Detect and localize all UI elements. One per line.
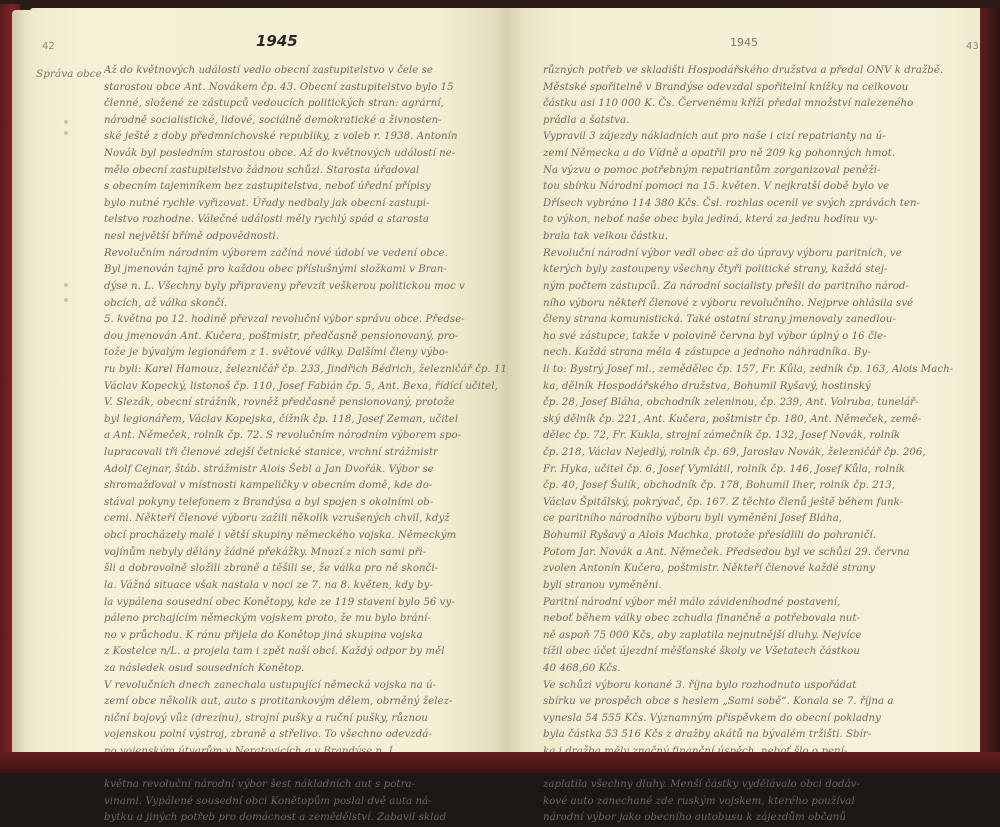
text-line: ně aspoň 75 000 Kčs, aby zaplatila nejnu… <box>543 628 953 645</box>
text-line: shromažďoval v místnosti kampeličky v ob… <box>104 478 510 495</box>
text-line: národně socialistické, lidové, sociálně … <box>104 113 510 130</box>
text-line: telstvo rozhodne. Válečné události měly … <box>104 212 510 229</box>
text-line: vynesla 54 555 Kčs. Významným příspěvkem… <box>543 711 953 728</box>
year-heading-right: 1945 <box>730 36 758 49</box>
text-line: byli stranou vyměněni. <box>543 578 953 595</box>
text-line: šli a dobrovolně složili zbraně a těšili… <box>104 561 510 578</box>
text-line: li to: Bystrý Josef ml., zemědělec čp. 1… <box>543 362 953 379</box>
text-line: členy strana komunistická. Také ostatní … <box>543 312 953 329</box>
text-line: zemí obce několik aut, auto s protitanko… <box>104 694 510 711</box>
book-cover-right-edge <box>980 8 1000 758</box>
text-line: sbírku ve prospěch obce s heslem „Sami s… <box>543 694 953 711</box>
text-line: Dřísech vybráno 114 380 Kčs. Čsl. rozhla… <box>543 196 953 213</box>
text-line: ným počtem zástupců. Za národní socialis… <box>543 279 953 296</box>
text-line: dýse n. L. Všechny byly připraveny převz… <box>104 279 510 296</box>
book-cover-bottom-edge <box>0 752 1000 773</box>
text-line: čp. 218, Václav Nejedlý, rolník čp. 69, … <box>543 445 953 462</box>
text-line: s obecním tajemníkem bez zastupitelstva,… <box>104 179 510 196</box>
text-line: Adolf Cejnar, štáb. strážmistr Alois Šeb… <box>104 462 510 479</box>
text-line: ce paritního národního výboru byli vyměn… <box>543 511 953 528</box>
text-line: Až do květnových událostí vedlo obecní z… <box>104 63 510 80</box>
text-line: kterých byly zastoupeny všechny čtyři po… <box>543 262 953 279</box>
text-line: Byl jmenován tajně pro každou obec přísl… <box>104 262 510 279</box>
binding-hole <box>64 283 68 287</box>
margin-note: Správa obce <box>36 68 102 80</box>
binding-hole <box>64 120 68 124</box>
text-line: tížil obec účet újezdní měšťanské školy … <box>543 644 953 661</box>
left-page-handwritten-text: Až do květnových událostí vedlo obecní z… <box>104 63 510 773</box>
text-line: no v průchodu. K ránu přijela do Konětop… <box>104 628 510 645</box>
text-line: Potom Jar. Novák a Ant. Němeček. Předsed… <box>543 545 953 562</box>
text-line: Novák byl posledním starostou obce. Až d… <box>104 146 510 163</box>
text-line: Václav Špitálský, pokrývač, čp. 167. Z t… <box>543 495 953 512</box>
text-line: Ve schůzi výboru konané 3. října bylo ro… <box>543 678 953 695</box>
text-line: to výkon, neboť naše obec byla jediná, k… <box>543 212 953 229</box>
text-line: tože je bývalým legionářem z 1. světové … <box>104 345 510 362</box>
text-line: bylo nutné rychle vyřizovat. Úřady nedba… <box>104 196 510 213</box>
book-spread: 42 1945 Správa obce Až do květnových udá… <box>0 0 1000 773</box>
text-line: vojenskou polní výstroj, zbraně a střeli… <box>104 727 510 744</box>
text-line: Revolučním národním výborem začíná nové … <box>104 246 510 263</box>
text-line: členné, složené ze zástupců vedoucích po… <box>104 96 510 113</box>
text-line: Revoluční národní výbor vedl obec až do … <box>543 246 953 263</box>
right-page: 1945 43 různých potřeb ve skladišti Hosp… <box>508 8 982 756</box>
text-line: Paritní národní výbor měl málo závideníh… <box>543 595 953 612</box>
text-line: 40 468,60 Kčs. <box>543 661 953 678</box>
text-line: tou sbírku Národní pomoci na 15. květen.… <box>543 179 953 196</box>
text-line: čp. 28, Josef Bláha, obchodník zeleninou… <box>543 395 953 412</box>
text-line: Vypravil 3 zájezdy nákladních aut pro na… <box>543 129 953 146</box>
text-line: mělo obecní zastupitelstvo žádnou schůzi… <box>104 163 510 180</box>
text-line: V revolučních dnech zanechala ustupující… <box>104 678 510 695</box>
text-line: niční bojový vůz (drezínu), strojní pušk… <box>104 711 510 728</box>
text-line: nesl největší břímě odpovědnosti. <box>104 229 510 246</box>
text-line: prádla a šatstva. <box>543 113 953 130</box>
text-line: ho své zástupce, takže v polovině června… <box>543 329 953 346</box>
text-line: zemí Německa a do Vídně a opatřil pro ně… <box>543 146 953 163</box>
text-line: lupracovali tři členové zdejší četnické … <box>104 445 510 462</box>
text-line: čp. 40, Josef Šulík, obchodník čp. 178, … <box>543 478 953 495</box>
text-line: ský dělník čp. 221, Ant. Kučera, poštmis… <box>543 412 953 429</box>
text-line: Bohumil Ryšavý a Alois Machka, protože p… <box>543 528 953 545</box>
text-line: vojínům nebyly dělány žádné překážky. Mn… <box>104 545 510 562</box>
text-line: a Ant. Němeček, rolník čp. 72. S revoluč… <box>104 428 510 445</box>
text-line: byla částka 53 516 Kčs z dražby akátů na… <box>543 727 953 744</box>
text-line: 5. května po 12. hodině převzal revolučn… <box>104 312 510 329</box>
text-line: nech. Každá strana měla 4 zástupce a jed… <box>543 345 953 362</box>
text-line: neboť během války obec zchudla finančně … <box>543 611 953 628</box>
text-line: Na výzvu o pomoc potřebným repatriantům … <box>543 163 953 180</box>
left-page: 42 1945 Správa obce Až do květnových udá… <box>30 8 508 756</box>
text-line: la vypálena sousední obec Konětopy, kde … <box>104 595 510 612</box>
text-line: Fr. Hyka, učitel čp. 6, Josef Vymlátil, … <box>543 462 953 479</box>
page-number-right: 43 <box>966 41 979 52</box>
text-line: Václav Kopecký, listonoš čp. 110, Josef … <box>104 379 510 396</box>
text-line: ka, dělník Hospodářského družstva, Bohum… <box>543 379 953 396</box>
text-line: částku asi 110 000 K. Čs. Červenému kříž… <box>543 96 953 113</box>
year-heading-left: 1945 <box>256 32 298 50</box>
text-line: dělec čp. 72, Fr. Kukla, strojní zámeční… <box>543 428 953 445</box>
text-line: z Kostelce n/L. a projela tam i zpět naš… <box>104 644 510 661</box>
text-line: brala tak velkou částku. <box>543 229 953 246</box>
text-line: dou jmenován Ant. Kučera, poštmistr, pře… <box>104 329 510 346</box>
text-line: páleno prchajícím německým vojskem proto… <box>104 611 510 628</box>
right-page-handwritten-text: různých potřeb ve skladišti Hospodářskéh… <box>543 63 953 773</box>
text-line: obcích, až válka skončí. <box>104 296 510 313</box>
page-number-left: 42 <box>42 41 55 52</box>
text-line: ního výboru někteří členové z výboru rev… <box>543 296 953 313</box>
text-line: cemi. Někteří členové výboru zažili něko… <box>104 511 510 528</box>
text-line: Městské spořitelně v Brandýse odevzdal s… <box>543 80 953 97</box>
binding-hole <box>64 131 68 135</box>
text-line: byl legionářem, Václav Kopejska, čížník … <box>104 412 510 429</box>
text-line: starostou obce Ant. Novákem čp. 43. Obec… <box>104 80 510 97</box>
binding-hole <box>64 298 68 302</box>
text-line: za následek osud sousedních Konětop. <box>104 661 510 678</box>
text-line: ru byli: Karel Hamouz, železničář čp. 23… <box>104 362 510 379</box>
text-line: la. Vážná situace však nastala v noci ze… <box>104 578 510 595</box>
text-line: různých potřeb ve skladišti Hospodářskéh… <box>543 63 953 80</box>
text-line: V. Slezák, obecní strážník, rovněž předč… <box>104 395 510 412</box>
text-line: ské ještě z doby předmnichovské republik… <box>104 129 510 146</box>
text-line: stával pokyny telefonem z Brandýsa a byl… <box>104 495 510 512</box>
text-line: zvolen Antonín Kučera, poštmistr. Někteř… <box>543 561 953 578</box>
text-line: obcí procházely malé i větší skupiny něm… <box>104 528 510 545</box>
